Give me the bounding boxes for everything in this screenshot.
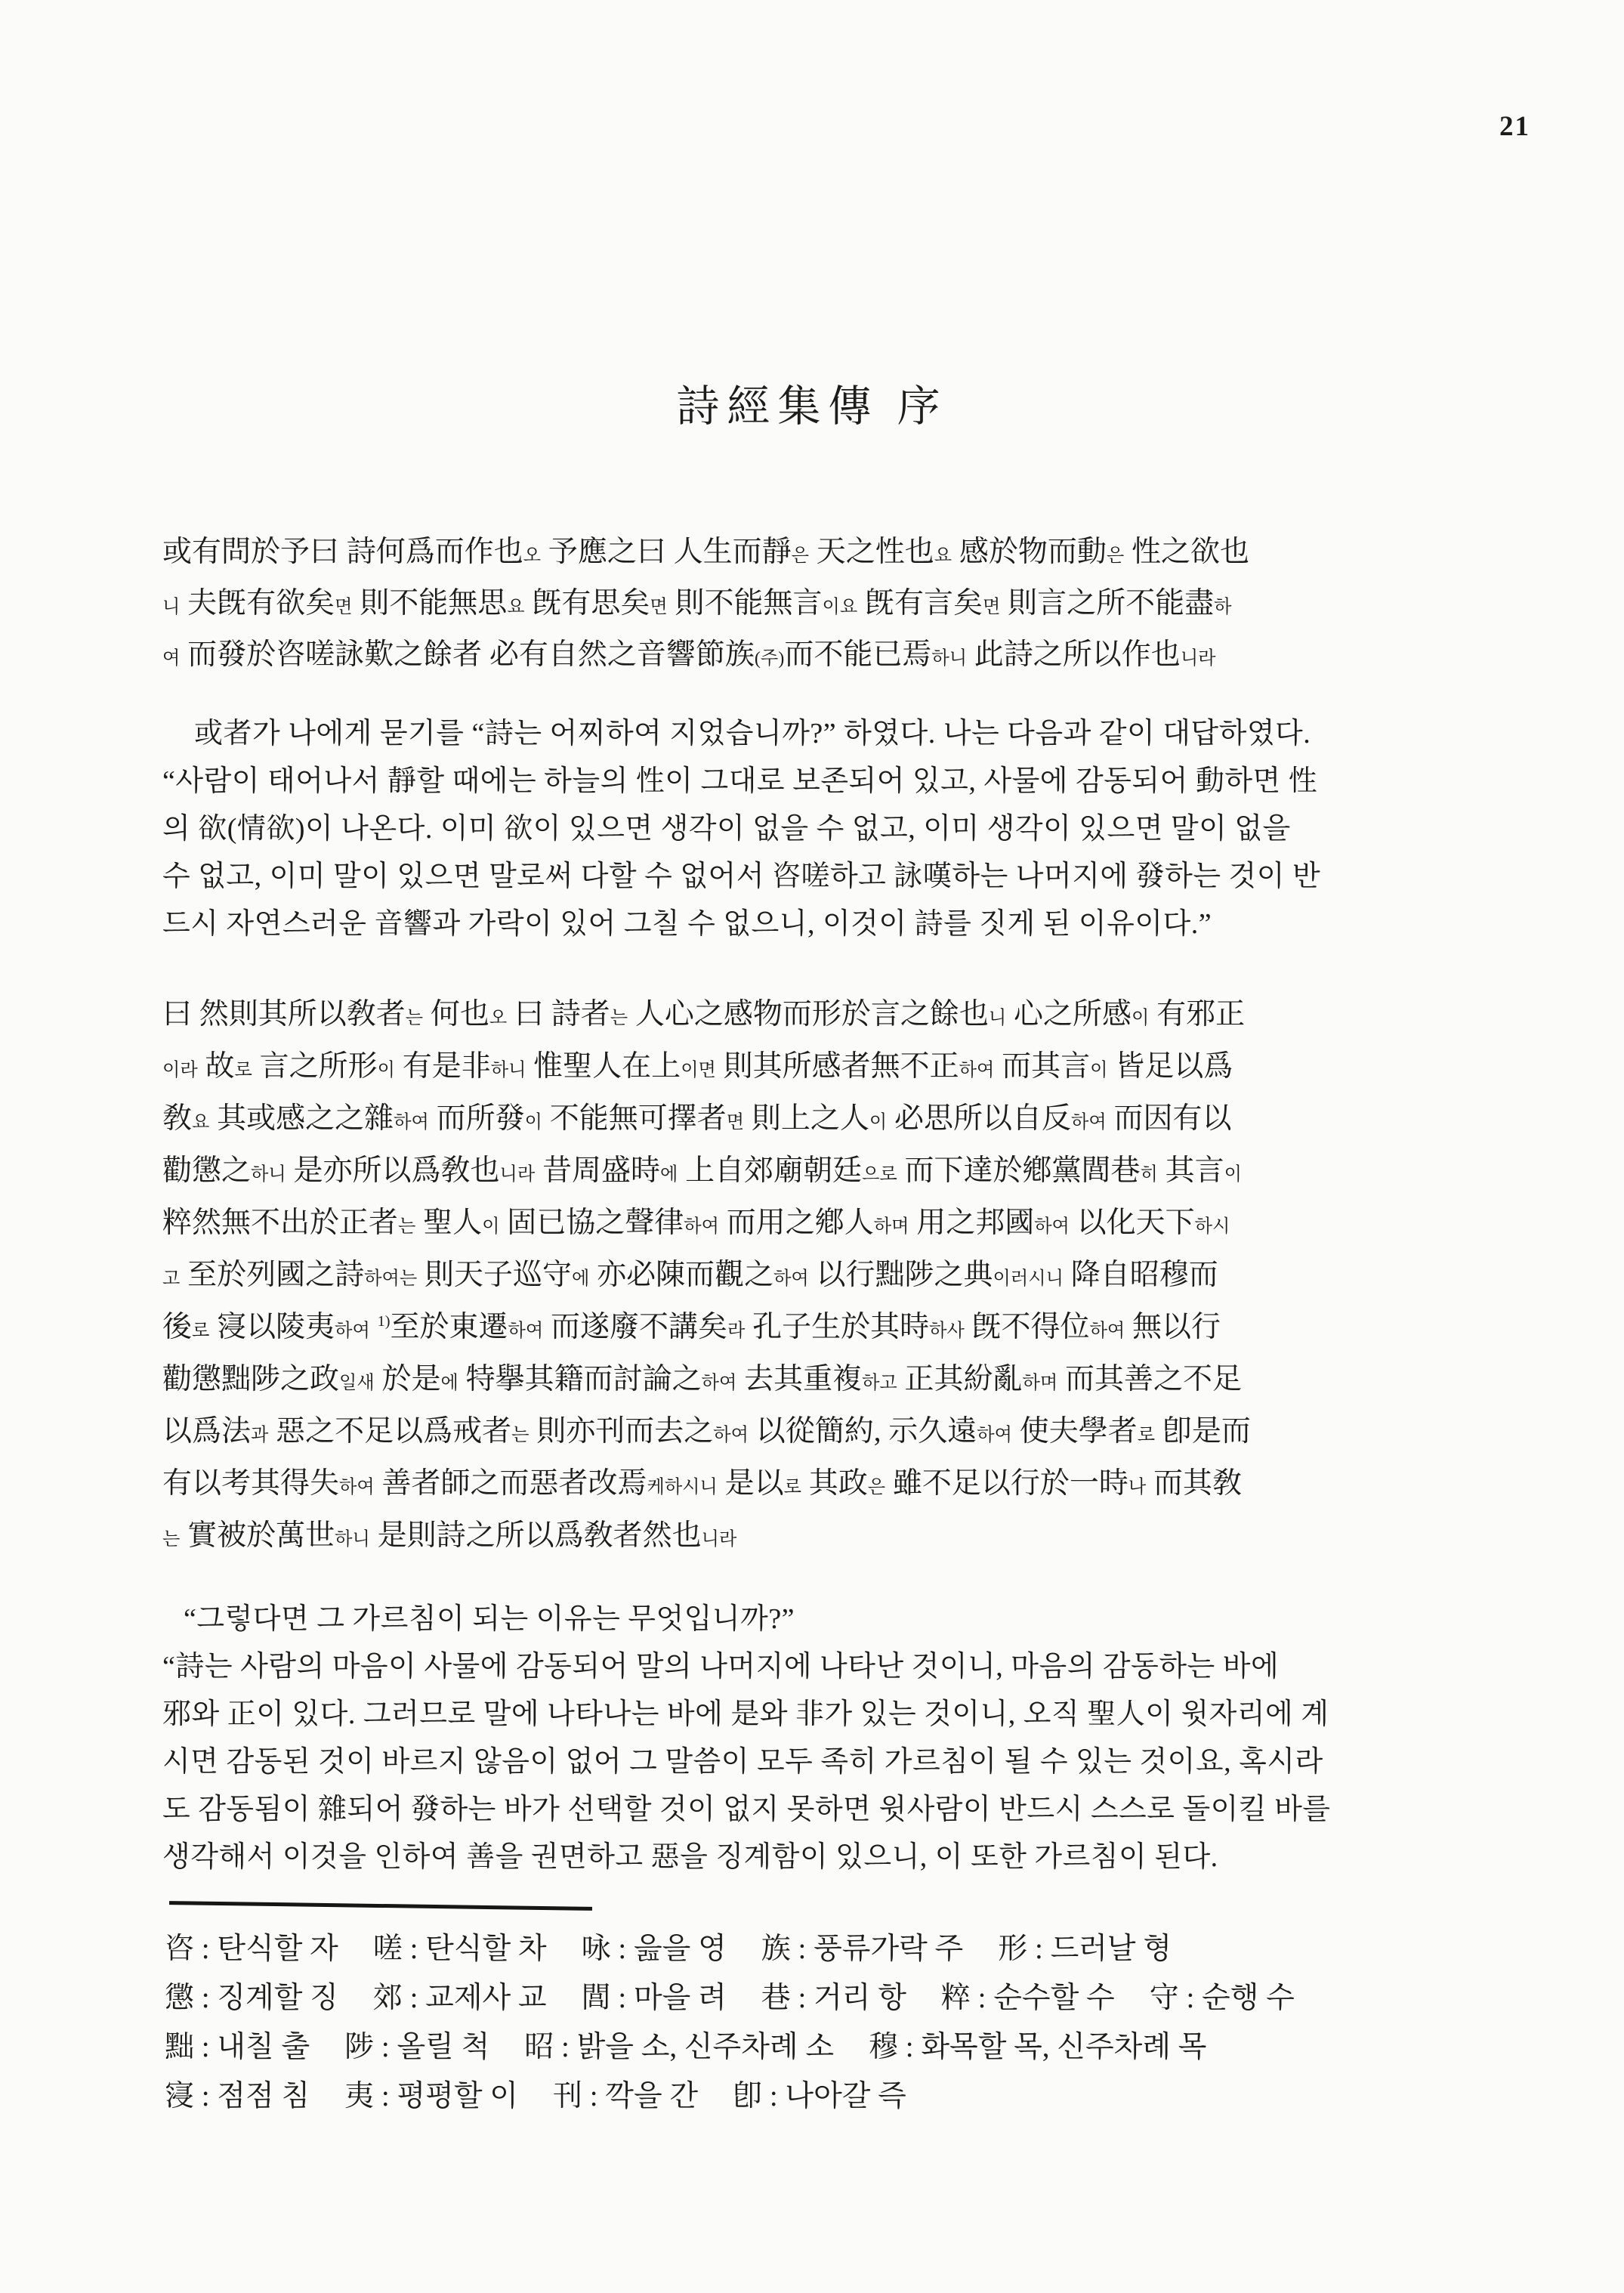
glossary-entry: 懲 : 징계할 징 <box>165 1973 338 2023</box>
glossary-entry: 穆 : 화목할 목, 신주차례 목 <box>869 2023 1206 2072</box>
glossary-entry: 咨 : 탄식할 자 <box>165 1924 338 1973</box>
text-line: 曰 然則其所以敎者는 何也오 曰 詩者는 人心之感物而形於言之餘也니 心之所感이… <box>162 988 1469 1040</box>
hyeonto-particle: 고 <box>162 1269 180 1289</box>
hyeonto-particle: 니라 <box>499 1164 535 1185</box>
text-line: 勸懲黜陟之政일새 於是에 特擧其籍而討論之하여 去其重複하고 正其紛亂하며 而其… <box>162 1353 1469 1405</box>
glossary-character: 咏 <box>582 1933 611 1965</box>
glossary-entry: 郊 : 교제사 교 <box>373 1973 547 2023</box>
hyeonto-particle: 하며 <box>874 1216 909 1237</box>
hyeonto-particle: 니라 <box>1181 648 1216 669</box>
text-line: 以爲法과 惡之不足以爲戒者는 則亦刊而去之하여 以從簡約, 示久遠하여 使夫學者… <box>162 1405 1469 1457</box>
glossary-reading: : 화목할 목, 신주차례 목 <box>898 2031 1206 2063</box>
hyeonto-particle: 하사 <box>929 1321 965 1341</box>
glossary-row: 寖 : 점점 침夷 : 평평할 이刊 : 깍을 간卽 : 나아갈 즉 <box>165 2072 1494 2121</box>
hyeonto-particle: 이 <box>1224 1164 1242 1185</box>
hyeonto-particle: 하니 <box>491 1060 526 1080</box>
glossary-reading: : 읊을 영 <box>611 1933 727 1965</box>
hyeonto-particle: 하여 <box>684 1216 719 1237</box>
hyeonto-particle: 하여 <box>702 1373 737 1393</box>
hyeonto-particle: 면 <box>727 1112 744 1133</box>
text-line: 後로 寖以陵夷하여 1)至於東遷하여 而遂廢不講矣라 孔子生於其時하사 旣不得位… <box>162 1301 1469 1353</box>
glossary-entry: 黜 : 내칠 출 <box>165 2023 310 2072</box>
glossary-entry: 咏 : 읊을 영 <box>582 1924 727 1973</box>
glossary-entry: 刊 : 깍을 간 <box>553 2072 698 2121</box>
character-glossary: 咨 : 탄식할 자嗟 : 탄식할 차咏 : 읊을 영族 : 풍류가락 주形 : … <box>165 1924 1494 2121</box>
hyeonto-particle: 이 <box>525 1112 542 1133</box>
hyeonto-particle: 이면 <box>681 1060 716 1080</box>
hyeonto-particle: 오 <box>523 545 541 566</box>
glossary-reading: : 깍을 간 <box>582 2080 698 2112</box>
glossary-row: 黜 : 내칠 출陟 : 올릴 척昭 : 밝을 소, 신주차례 소穆 : 화목할 … <box>165 2023 1494 2072</box>
hyeonto-particle: 이 <box>869 1112 887 1133</box>
glossary-reading: : 순행 수 <box>1179 1982 1295 2014</box>
hyeonto-particle: 과 <box>251 1425 268 1445</box>
glossary-character: 粹 <box>941 1982 971 2014</box>
text-line: “사람이 태어나서 靜할 때에는 하늘의 性이 그대로 보존되어 있고, 사물에… <box>162 758 1469 805</box>
hyeonto-particle: 요 <box>507 597 524 617</box>
hyeonto-particle: 는 <box>162 1529 180 1550</box>
glossary-entry: 寖 : 점점 침 <box>165 2072 310 2121</box>
glossary-reading: : 탄식할 자 <box>194 1933 338 1965</box>
hyeonto-particle: 니 <box>989 1008 1006 1028</box>
text-line: 고 至於列國之詩하여는 則天子巡守에 亦必陳而觀之하여 以行黜陟之典이러시니 降… <box>162 1249 1469 1301</box>
glossary-entry: 陟 : 올릴 척 <box>344 2023 489 2072</box>
hyeonto-particle: 에 <box>572 1269 589 1289</box>
hanmun-block-2: 曰 然則其所以敎者는 何也오 曰 詩者는 人心之感物而形於言之餘也니 心之所感이… <box>162 988 1469 1562</box>
hyeonto-particle: 이 <box>482 1216 499 1237</box>
hyeonto-particle: 하여 <box>335 1321 370 1341</box>
hyeonto-particle: 로 <box>784 1477 801 1497</box>
glossary-character: 陟 <box>344 2031 374 2063</box>
hyeonto-particle: 하니 <box>931 648 967 669</box>
glossary-entry: 形 : 드러날 형 <box>998 1924 1172 1973</box>
hyeonto-particle: 이 <box>1090 1060 1107 1080</box>
hyeonto-particle: 하여 <box>1071 1112 1107 1133</box>
hyeonto-particle: (주) <box>755 648 784 669</box>
glossary-row: 懲 : 징계할 징郊 : 교제사 교閭 : 마을 려巷 : 거리 항粹 : 순수… <box>165 1973 1494 2023</box>
hyeonto-particle: 는 <box>406 1008 423 1028</box>
hyeonto-particle: 나 <box>1128 1477 1146 1497</box>
hyeonto-particle: 이요 <box>823 597 858 617</box>
hyeonto-particle: 은 <box>1107 545 1124 566</box>
glossary-character: 守 <box>1150 1982 1179 2014</box>
hyeonto-particle: 로 <box>234 1060 252 1080</box>
glossary-character: 夷 <box>344 2080 374 2112</box>
hyeonto-particle: 케하시니 <box>647 1477 717 1497</box>
glossary-character: 刊 <box>553 2080 582 2112</box>
glossary-character: 巷 <box>761 1982 791 2014</box>
hyeonto-particle: 일새 <box>339 1373 375 1393</box>
text-line: 或有問於予曰 詩何爲而作也오 予應之曰 人生而靜은 天之性也요 感於物而動은 性… <box>162 527 1469 578</box>
hyeonto-particle: 하여 <box>394 1112 429 1133</box>
hyeonto-particle: 하여 <box>508 1321 544 1341</box>
hyeonto-particle: 하여 <box>1090 1321 1125 1341</box>
hyeonto-particle: 하시 <box>1195 1216 1230 1237</box>
korean-translation-2: “그렇다면 그 가르침이 되는 이유는 무엇입니까?”“詩는 사람의 마음이 사… <box>162 1596 1469 1881</box>
hyeonto-particle: 니라 <box>702 1529 737 1550</box>
hyeonto-particle: 면 <box>335 597 352 617</box>
text-line: 시면 감동된 것이 바르지 않음이 없어 그 말씀이 모두 족히 가르침이 될 … <box>162 1738 1469 1786</box>
glossary-reading: : 드러날 형 <box>1027 1933 1172 1965</box>
page-number: 21 <box>1499 110 1530 143</box>
glossary-reading: : 내칠 출 <box>194 2031 310 2063</box>
glossary-character: 寖 <box>165 2080 194 2112</box>
glossary-reading: : 교제사 교 <box>403 1982 547 2014</box>
glossary-reading: : 나아갈 즉 <box>762 2080 906 2112</box>
glossary-entry: 嗟 : 탄식할 차 <box>373 1924 547 1973</box>
text-line: 勸懲之하니 是亦所以爲敎也니라 昔周盛時에 上自郊廟朝廷으로 而下達於鄕黨閭巷히… <box>162 1145 1469 1197</box>
text-line: 니 夫旣有欲矣면 則不能無思요 旣有思矣면 則不能無言이요 旣有言矣면 則言之所… <box>162 578 1469 629</box>
glossary-entry: 守 : 순행 수 <box>1150 1973 1295 2023</box>
text-line: 수 없고, 이미 말이 있으면 말로써 다할 수 없어서 咨嗟하고 詠嘆하는 나… <box>162 853 1469 901</box>
text-line: 或者가 나에게 묻기를 “詩는 어찌하여 지었습니까?” 하였다. 나는 다음과… <box>162 710 1469 758</box>
glossary-reading: : 징계할 징 <box>194 1982 338 2014</box>
glossary-character: 懲 <box>165 1982 194 2014</box>
hyeonto-particle: 하고 <box>862 1373 897 1393</box>
hanmun-block-1: 或有問於予曰 詩何爲而作也오 予應之曰 人生而靜은 天之性也요 感於物而動은 性… <box>162 527 1469 681</box>
glossary-character: 形 <box>998 1933 1027 1965</box>
hyeonto-particle: 요 <box>934 545 952 566</box>
hyeonto-particle: 이라 <box>162 1060 198 1080</box>
hyeonto-particle: 하니 <box>251 1164 286 1185</box>
glossary-character: 黜 <box>165 2031 194 2063</box>
glossary-character: 郊 <box>373 1982 403 2014</box>
text-line: 의 欲(情欲)이 나온다. 이미 欲이 있으면 생각이 없을 수 없고, 이미 … <box>162 805 1469 853</box>
hyeonto-particle: 하며 <box>1023 1373 1058 1393</box>
hyeonto-particle: 하니 <box>335 1529 370 1550</box>
glossary-entry: 昭 : 밝을 소, 신주차례 소 <box>524 2023 834 2072</box>
text-line: 粹然無不出於正者는 聖人이 固已協之聲律하여 而用之鄕人하며 用之邦國하여 以化… <box>162 1197 1469 1249</box>
glossary-character: 穆 <box>869 2031 898 2063</box>
glossary-character: 昭 <box>524 2031 554 2063</box>
hyeonto-particle: 로 <box>1138 1425 1155 1445</box>
glossary-reading: : 마을 려 <box>611 1982 727 2014</box>
hyeonto-particle: 여 <box>162 648 180 669</box>
glossary-entry: 閭 : 마을 려 <box>582 1973 727 2023</box>
glossary-divider <box>169 1901 592 1911</box>
footnote-marker: 1) <box>378 1313 391 1330</box>
hyeonto-particle: 히 <box>1141 1164 1158 1185</box>
korean-translation-1: 或者가 나에게 묻기를 “詩는 어찌하여 지었습니까?” 하였다. 나는 다음과… <box>162 710 1469 948</box>
text-line: 드시 자연스러운 音響과 가락이 있어 그칠 수 없으니, 이것이 詩를 짓게 … <box>162 901 1469 948</box>
hyeonto-particle: 면 <box>650 597 667 617</box>
hyeonto-particle: 으로 <box>862 1164 897 1185</box>
text-line: “詩는 사람의 마음이 사물에 감동되어 말의 나머지에 나타난 것이니, 마음… <box>162 1643 1469 1691</box>
hyeonto-particle: 에 <box>440 1373 458 1393</box>
text-line: 는 實被於萬世하니 是則詩之所以爲敎者然也니라 <box>162 1510 1469 1562</box>
glossary-character: 卽 <box>733 2080 762 2112</box>
glossary-reading: : 평평할 이 <box>374 2080 518 2112</box>
hyeonto-particle: 는 <box>398 1216 415 1237</box>
hyeonto-particle: 이 <box>1132 1008 1149 1028</box>
hyeonto-particle: 니 <box>162 597 180 617</box>
glossary-reading: : 순수할 수 <box>971 1982 1115 2014</box>
glossary-entry: 粹 : 순수할 수 <box>941 1973 1115 2023</box>
glossary-reading: : 거리 항 <box>791 1982 906 2014</box>
text-line: 邪와 正이 있다. 그러므로 말에 나타나는 바에 是와 非가 있는 것이니, … <box>162 1691 1469 1738</box>
hyeonto-particle: 이러시니 <box>993 1269 1064 1289</box>
text-line: 여 而發於咨嗟詠歎之餘者 必有自然之音響節族(주)而不能已焉하니 此詩之所以作也… <box>162 629 1469 681</box>
glossary-reading: : 밝을 소, 신주차례 소 <box>554 2031 834 2063</box>
glossary-character: 嗟 <box>373 1933 403 1965</box>
hyeonto-particle: 요 <box>192 1112 209 1133</box>
text-line: 도 감동됨이 雜되어 發하는 바가 선택할 것이 없지 못하면 윗사람이 반드시… <box>162 1786 1469 1834</box>
hyeonto-particle: 면 <box>983 597 1000 617</box>
text-line: 敎요 其或感之之雜하여 而所發이 不能無可擇者면 則上之人이 必思所以自反하여 … <box>162 1092 1469 1145</box>
glossary-row: 咨 : 탄식할 자嗟 : 탄식할 차咏 : 읊을 영族 : 풍류가락 주形 : … <box>165 1924 1494 1973</box>
hyeonto-particle: 하여 <box>1034 1216 1070 1237</box>
hyeonto-particle: 는 <box>511 1425 529 1445</box>
text-line: 有以考其得失하여 善者師之而惡者改焉케하시니 是以로 其政은 雖不足以行於一時나… <box>162 1457 1469 1510</box>
hyeonto-particle: 하여는 <box>364 1269 417 1289</box>
hyeonto-particle: 하 <box>1214 597 1231 617</box>
text-line: 생각해서 이것을 인하여 善을 권면하고 惡을 징계함이 있으니, 이 또한 가… <box>162 1834 1469 1881</box>
glossary-entry: 族 : 풍류가락 주 <box>761 1924 963 1973</box>
glossary-character: 閭 <box>582 1982 611 2014</box>
glossary-entry: 夷 : 평평할 이 <box>344 2072 518 2121</box>
glossary-reading: : 탄식할 차 <box>403 1933 547 1965</box>
glossary-reading: : 올릴 척 <box>374 2031 489 2063</box>
hyeonto-particle: 하여 <box>713 1425 749 1445</box>
hyeonto-particle: 오 <box>489 1008 507 1028</box>
hyeonto-particle: 하여 <box>773 1269 809 1289</box>
hyeonto-particle: 는 <box>610 1008 628 1028</box>
text-line: 이라 故로 言之所形이 有是非하니 惟聖人在上이면 則其所感者無不正하여 而其言… <box>162 1040 1469 1092</box>
hyeonto-particle: 에 <box>660 1164 678 1185</box>
hyeonto-particle: 로 <box>192 1321 209 1341</box>
glossary-character: 族 <box>761 1933 791 1965</box>
hyeonto-particle: 하여 <box>959 1060 995 1080</box>
hyeonto-particle: 은 <box>868 1477 885 1497</box>
glossary-entry: 卽 : 나아갈 즉 <box>733 2072 906 2121</box>
hyeonto-particle: 하여 <box>977 1425 1012 1445</box>
hyeonto-particle: 라 <box>727 1321 745 1341</box>
glossary-character: 咨 <box>165 1933 194 1965</box>
glossary-reading: : 풍류가락 주 <box>791 1933 963 1965</box>
text-line: “그렇다면 그 가르침이 되는 이유는 무엇입니까?” <box>162 1596 1469 1643</box>
glossary-entry: 巷 : 거리 항 <box>761 1973 906 2023</box>
page-title: 詩經集傳 序 <box>0 372 1624 434</box>
hyeonto-particle: 이 <box>378 1060 395 1080</box>
document-page: 21 詩經集傳 序 或有問於予曰 詩何爲而作也오 予應之曰 人生而靜은 天之性也… <box>0 0 1624 2293</box>
hyeonto-particle: 하여 <box>339 1477 375 1497</box>
hyeonto-particle: 은 <box>792 545 809 566</box>
glossary-reading: : 점점 침 <box>194 2080 310 2112</box>
